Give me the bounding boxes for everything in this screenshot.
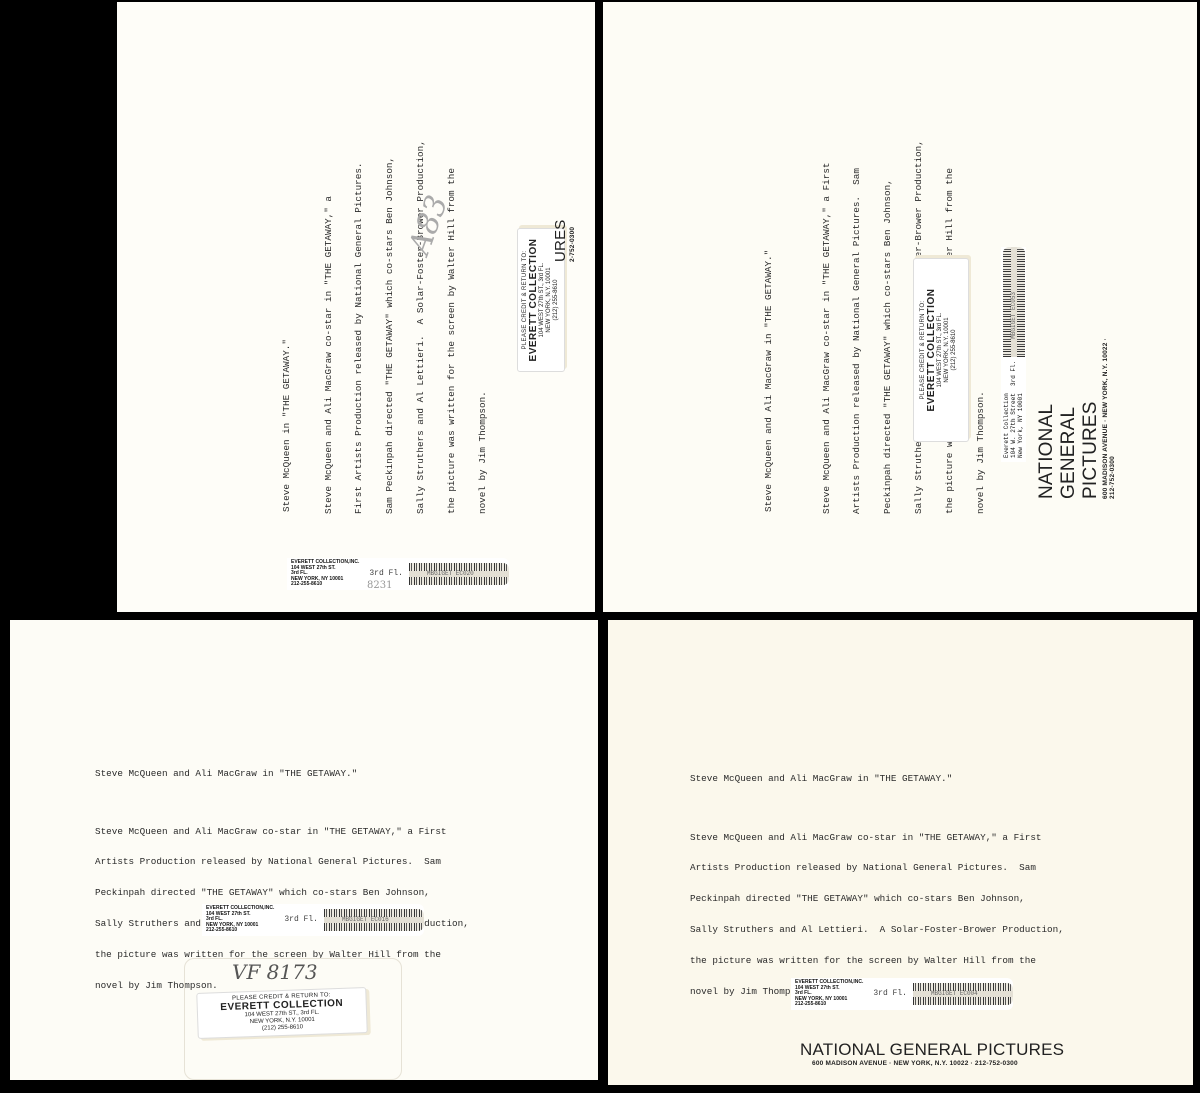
barcode-code: MBGIGET EC016 — [342, 916, 389, 923]
synopsis: Steve McQueen and Ali MacGraw co-star in… — [303, 140, 509, 514]
synopsis-line: novel by Jim Thompson. — [976, 140, 986, 514]
barcode-icon: MBGIGET EC004 — [913, 983, 1013, 1005]
barcode-icon: MBGIGET EC053 — [1003, 247, 1025, 357]
photo-back-bottom-left: Steve McQueen and Ali MacGraw in "THE GE… — [10, 620, 598, 1080]
synopsis: Steve McQueen and Ali MacGraw co-star in… — [801, 140, 1007, 514]
studio-address: 600 MADISON AVENUE · NEW YORK, N.Y. 1002… — [800, 1060, 1064, 1067]
archive-stamp: Everett Collection 104 W. 27th Street 3r… — [1001, 247, 1026, 462]
synopsis-line: Steve McQueen and Ali MacGraw co-star in… — [822, 140, 832, 514]
synopsis-line: the picture was written for the screen b… — [447, 140, 457, 514]
studio-imprint: NATIONAL GENERAL PICTURES 600 MADISON AV… — [800, 1040, 1064, 1067]
synopsis-line: First Artists Production released by Nat… — [354, 140, 364, 514]
credit-label: PLEASE CREDIT & RETURN TO: EVERETT COLLE… — [913, 258, 969, 442]
barcode-code: MBGIGET EC020 — [427, 570, 474, 577]
photo-back-top-left: Steve McQueen in "THE GETAWAY." Steve Mc… — [117, 2, 595, 612]
synopsis-line: Artists Production released by National … — [95, 857, 469, 867]
caption: Steve McQueen and Ali MacGraw in "THE GE… — [763, 250, 774, 512]
synopsis-line: Steve McQueen and Ali MacGraw co-star in… — [95, 827, 469, 837]
stamp-floor: 3rd Fl. — [363, 569, 409, 578]
credit-label: PLEASE CREDIT & RETURN TO: EVERETT COLLE… — [196, 987, 368, 1039]
stamp-floor: 3rd Fl. — [867, 989, 913, 998]
synopsis-line: Peckinpah directed "THE GETAWAY" which c… — [690, 894, 1064, 904]
archive-stamp: EVERETT COLLECTION,INC. 104 WEST 27th ST… — [202, 904, 424, 936]
studio-name: NATIONAL GENERAL PICTURES — [1036, 338, 1102, 499]
studio-name: URES — [552, 220, 569, 262]
caption: Steve McQueen and Ali MacGraw in "THE GE… — [690, 773, 952, 784]
barcode-code: MBGIGET EC053 — [1010, 292, 1017, 339]
stamp-address: EVERETT COLLECTION,INC. 104 WEST 27th ST… — [791, 978, 867, 1010]
synopsis-line: Steve McQueen and Ali MacGraw co-star in… — [690, 833, 1064, 843]
archive-stamp: EVERETT COLLECTION,INC. 104 WEST 27th ST… — [791, 978, 1013, 1010]
stamp-floor: 3rd Fl. — [278, 915, 324, 924]
credit-name: EVERETT COLLECTION — [528, 235, 539, 365]
studio-phone: 2-752-0300 — [569, 220, 576, 262]
synopsis-line: novel by Jim Thompson. — [478, 140, 488, 514]
synopsis-line: Peckinpah directed "THE GETAWAY" which c… — [883, 140, 893, 514]
synopsis-line: Artists Production released by National … — [690, 863, 1064, 873]
synopsis-line: Sally Struthers and Al Lettieri. A Solar… — [690, 925, 1064, 935]
handwritten-number: 8231 — [367, 580, 392, 591]
photo-back-top-right: Steve McQueen and Ali MacGraw in "THE GE… — [603, 2, 1197, 612]
studio-address: 600 MADISON AVENUE · NEW YORK, N.Y. 1002… — [1102, 338, 1116, 499]
stamp-address: Everett Collection 104 W. 27th Street 3r… — [1001, 357, 1026, 462]
barcode-icon: MBGIGET EC020 — [409, 563, 509, 585]
photo-back-bottom-right: Steve McQueen and Ali MacGraw in "THE GE… — [608, 620, 1193, 1085]
synopsis-line: Artists Production released by National … — [852, 140, 862, 514]
stamp-address: EVERETT COLLECTION,INC. 104 WEST 27th ST… — [287, 558, 363, 590]
barcode-icon: MBGIGET EC016 — [324, 909, 424, 931]
caption: Steve McQueen and Ali MacGraw in "THE GE… — [95, 768, 357, 779]
credit-name: EVERETT COLLECTION — [926, 265, 937, 435]
synopsis-line: Sam Peckinpah directed "THE GETAWAY" whi… — [385, 140, 395, 514]
archive-stamp: EVERETT COLLECTION,INC. 104 WEST 27th ST… — [287, 558, 509, 590]
studio-name: NATIONAL GENERAL PICTURES — [800, 1040, 1064, 1060]
credit-address: 104 WEST 27th ST., 3rd FL. NEW YORK, N.Y… — [937, 265, 958, 435]
synopsis-line: the picture was written for the screen b… — [690, 956, 1064, 966]
synopsis-line: Steve McQueen and Ali MacGraw co-star in… — [324, 140, 334, 514]
studio-partial: URES 2-752-0300 — [552, 220, 576, 262]
stamp-address: EVERETT COLLECTION,INC. 104 WEST 27th ST… — [202, 904, 278, 936]
caption: Steve McQueen in "THE GETAWAY." — [281, 339, 292, 512]
handwritten-number: VF 8173 — [232, 960, 318, 984]
synopsis-line: Peckinpah directed "THE GETAWAY" which c… — [95, 888, 469, 898]
barcode-code: MBGIGET EC004 — [931, 990, 978, 997]
studio-imprint: NATIONAL GENERAL PICTURES 600 MADISON AV… — [1036, 338, 1116, 499]
